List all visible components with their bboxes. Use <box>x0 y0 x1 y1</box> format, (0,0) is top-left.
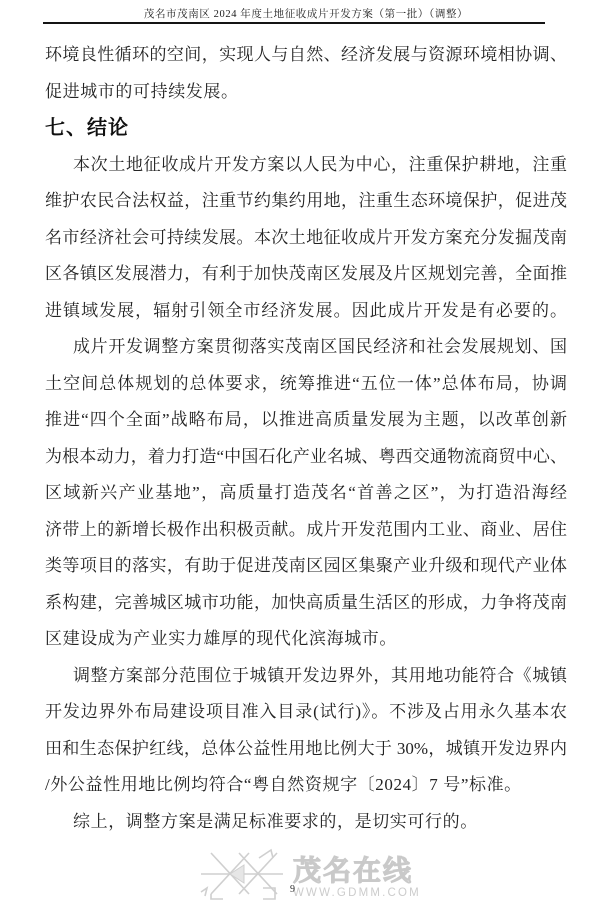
text-line: 本次土地征收成片开发方案以人民为中心，注重保护耕地，注重 <box>45 147 567 184</box>
text-line: 综上，调整方案是满足标准要求的，是切实可行的。 <box>45 804 567 841</box>
text-line: 类等项目的落实，有助于促进茂南区园区集聚产业升级和现代产业体 <box>45 548 567 585</box>
text-line: 田和生态保护红线，总体公益性用地比例大于 30%，城镇开发边界内 <box>45 731 567 768</box>
maoming-online-star-icon <box>197 844 287 902</box>
text-line: 区建设成为产业实力雄厚的现代化滨海城市。 <box>45 621 567 658</box>
text-line: 系构建，完善城区城市功能，加快高质量生活区的形成，力争将茂南 <box>45 585 567 622</box>
header-divider <box>43 22 545 24</box>
text-line: 开发边界外布局建设项目准入目录(试行)》。不涉及占用永久基本农 <box>45 694 567 731</box>
page-header-title: 茂名市茂南区 2024 年度土地征收成片开发方案（第一批）（调整） <box>0 6 612 21</box>
text-line: 推进“四个全面”战略布局，以推进高质量发展为主题，以改革创新 <box>45 402 567 439</box>
watermark: 茂名在线 WWW.GDMM.COM <box>197 844 421 904</box>
text-line: 区各镇区发展潜力，有利于加快茂南区发展及片区规划完善，全面推 <box>45 256 567 293</box>
text-line: 进镇域发展，辐射引领全市经济发展。因此成片开发是有必要的。 <box>45 293 567 330</box>
text-line: 为根本动力，着力打造“中国石化产业名城、粤西交通物流商贸中心、 <box>45 439 567 476</box>
page-number: 9 <box>290 884 295 895</box>
text-line: 成片开发调整方案贯彻落实茂南区国民经济和社会发展规划、国 <box>45 329 567 366</box>
watermark-url: WWW.GDMM.COM <box>293 887 421 899</box>
text-line: 维护农民合法权益，注重节约集约用地，注重生态环境保护，促进茂 <box>45 183 567 220</box>
watermark-text-block: 茂名在线 WWW.GDMM.COM <box>293 844 421 899</box>
text-line: 环境良性循环的空间，实现人与自然、经济发展与资源环境相协调、 <box>45 37 567 74</box>
section-heading: 七、结论 <box>45 110 567 147</box>
text-line: /外公益性用地比例均符合“粤自然资规字〔2024〕7 号”标准。 <box>45 767 567 804</box>
text-line: 调整方案部分范围位于城镇开发边界外，其用地功能符合《城镇 <box>45 658 567 695</box>
text-line: 济带上的新增长极作出积极贡献。成片开发范围内工业、商业、居住 <box>45 512 567 549</box>
text-line: 区域新兴产业基地”，高质量打造茂名“首善之区”，为打造沿海经 <box>45 475 567 512</box>
text-line: 土空间总体规划的总体要求，统筹推进“五位一体”总体布局，协调 <box>45 366 567 403</box>
document-page: 茂名市茂南区 2024 年度土地征收成片开发方案（第一批）（调整） 环境良性循环… <box>0 0 612 904</box>
document-body: 环境良性循环的空间，实现人与自然、经济发展与资源环境相协调、促进城市的可持续发展… <box>45 37 567 840</box>
text-line: 促进城市的可持续发展。 <box>45 74 567 111</box>
watermark-brand: 茂名在线 <box>293 856 413 886</box>
text-line: 名市经济社会可持续发展。本次土地征收成片开发方案充分发掘茂南 <box>45 220 567 257</box>
